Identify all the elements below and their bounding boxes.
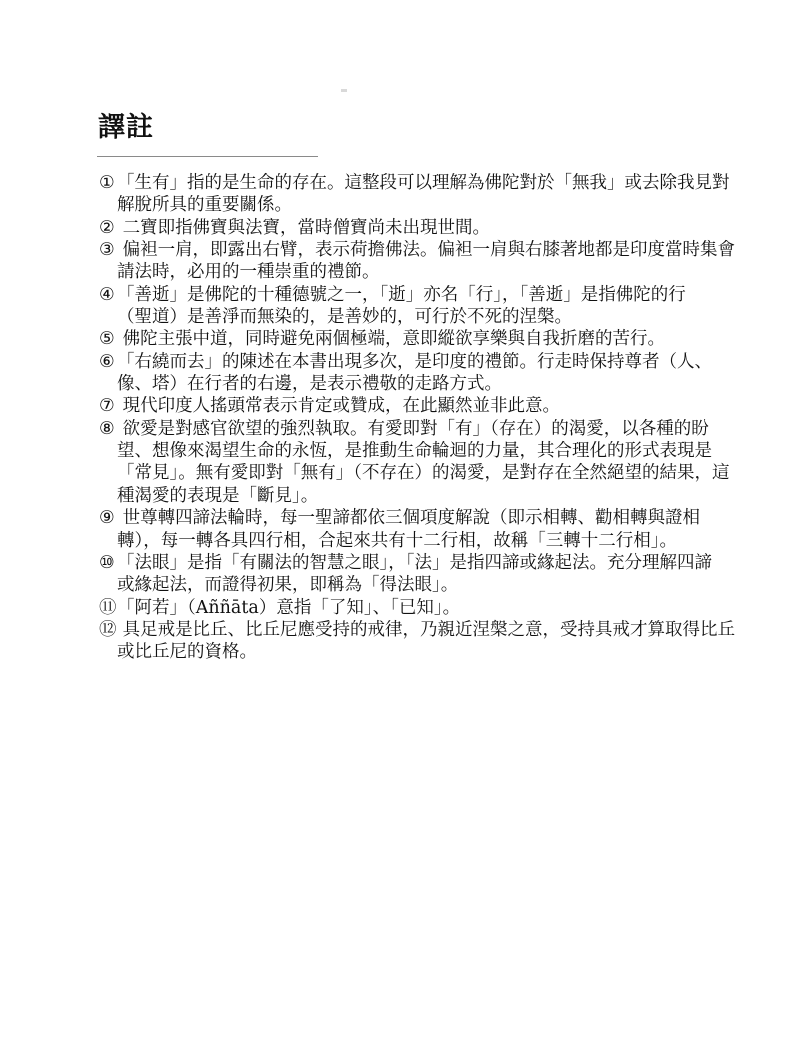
note-body: 欲愛是對感官欲望的強烈執取。有愛即對「有」（存在）的渴愛，以各種的盼 望、想像來… (117, 418, 739, 507)
note-number: ③ (99, 239, 117, 261)
note-item-5: ⑤ 佛陀主張中道，同時避免兩個極端，意即縱欲享樂與自我折磨的苦行。 (99, 328, 739, 350)
note-number: ⑨ (99, 507, 117, 529)
document-page: 譯註 ① 「生有」指的是生命的存在。這整段可以理解為佛陀對於「無我」或去除我見對… (0, 0, 792, 1056)
note-line: 「善逝」是佛陀的十種德號之一，「逝」亦名「行」，「善逝」是指佛陀的行 (117, 284, 739, 306)
note-body: 偏袒一肩，即露出右臂，表示荷擔佛法。偏袒一肩與右膝著地都是印度當時集會 請法時，… (117, 239, 739, 284)
note-body: 佛陀主張中道，同時避免兩個極端，意即縱欲享樂與自我折磨的苦行。 (117, 328, 739, 350)
note-item-8: ⑧ 欲愛是對感官欲望的強烈執取。有愛即對「有」（存在）的渴愛，以各種的盼 望、想… (99, 418, 739, 507)
note-number: ⑩ (99, 552, 117, 574)
note-body: 二寶即指佛寶與法寶，當時僧寶尚未出現世間。 (117, 217, 739, 239)
note-number: ⑪ (99, 597, 117, 619)
note-line: 望、想像來渴望生命的永恆，是推動生命輪迴的力量，其合理化的形式表現是 (117, 440, 739, 462)
note-item-2: ② 二寶即指佛寶與法寶，當時僧寶尚未出現世間。 (99, 217, 739, 239)
note-line: 「法眼」是指「有關法的智慧之眼」，「法」是指四諦或緣起法。充分理解四諦 (117, 552, 739, 574)
note-line: 「右繞而去」的陳述在本書出現多次，是印度的禮節。行走時保持尊者（人、 (117, 351, 739, 373)
note-line: 「生有」指的是生命的存在。這整段可以理解為佛陀對於「無我」或去除我見對 (117, 172, 739, 194)
note-item-12: ⑫ 具足戒是比丘、比丘尼應受持的戒律，乃親近涅槃之意，受持具戒才算取得比丘 或比… (99, 619, 739, 664)
note-item-10: ⑩ 「法眼」是指「有關法的智慧之眼」，「法」是指四諦或緣起法。充分理解四諦 或緣… (99, 552, 739, 597)
note-line: （聖道）是善淨而無染的，是善妙的，可行於不死的涅槃。 (117, 306, 739, 328)
note-body: 具足戒是比丘、比丘尼應受持的戒律，乃親近涅槃之意，受持具戒才算取得比丘 或比丘尼… (117, 619, 739, 664)
note-line: 佛陀主張中道，同時避免兩個極端，意即縱欲享樂與自我折磨的苦行。 (117, 328, 739, 350)
note-number: ⑦ (99, 395, 117, 417)
scan-artifact (341, 89, 347, 92)
note-number: ④ (99, 284, 117, 306)
note-line: 種渴愛的表現是「斷見」。 (117, 485, 739, 507)
note-number: ⑧ (99, 418, 117, 440)
note-line: 解脫所具的重要關係。 (117, 194, 739, 216)
note-line: 請法時，必用的一種崇重的禮節。 (117, 261, 739, 283)
page-title: 譯註 (98, 112, 154, 144)
note-item-3: ③ 偏袒一肩，即露出右臂，表示荷擔佛法。偏袒一肩與右膝著地都是印度當時集會 請法… (99, 239, 739, 284)
note-body: 「法眼」是指「有關法的智慧之眼」，「法」是指四諦或緣起法。充分理解四諦 或緣起法… (117, 552, 739, 597)
note-item-6: ⑥ 「右繞而去」的陳述在本書出現多次，是印度的禮節。行走時保持尊者（人、 像、塔… (99, 351, 739, 396)
note-body: 「右繞而去」的陳述在本書出現多次，是印度的禮節。行走時保持尊者（人、 像、塔）在… (117, 351, 739, 396)
note-number: ② (99, 217, 117, 239)
note-line: 偏袒一肩，即露出右臂，表示荷擔佛法。偏袒一肩與右膝著地都是印度當時集會 (117, 239, 739, 261)
note-line: 世尊轉四諦法輪時，每一聖諦都依三個項度解說（即示相轉、勸相轉與證相 (117, 507, 739, 529)
note-item-9: ⑨ 世尊轉四諦法輪時，每一聖諦都依三個項度解說（即示相轉、勸相轉與證相 轉），每… (99, 507, 739, 552)
note-line: 二寶即指佛寶與法寶，當時僧寶尚未出現世間。 (117, 217, 739, 239)
note-line: 「阿若」（Aññāta）意指「了知」、「已知」。 (117, 597, 739, 619)
note-number: ① (99, 172, 117, 194)
note-line: 欲愛是對感官欲望的強烈執取。有愛即對「有」（存在）的渴愛，以各種的盼 (117, 418, 739, 440)
note-body: 「阿若」（Aññāta）意指「了知」、「已知」。 (117, 597, 739, 619)
note-number: ⑥ (99, 351, 117, 373)
title-divider (97, 156, 318, 157)
note-line: 或緣起法，而證得初果，即稱為「得法眼」。 (117, 574, 739, 596)
note-number: ⑫ (99, 619, 117, 641)
note-item-1: ① 「生有」指的是生命的存在。這整段可以理解為佛陀對於「無我」或去除我見對 解脫… (99, 172, 739, 217)
note-item-4: ④ 「善逝」是佛陀的十種德號之一，「逝」亦名「行」，「善逝」是指佛陀的行 （聖道… (99, 284, 739, 329)
note-line: 「常見」。無有愛即對「無有」（不存在）的渴愛，是對存在全然絕望的結果，這 (117, 462, 739, 484)
note-number: ⑤ (99, 328, 117, 350)
note-line: 像、塔）在行者的右邊，是表示禮敬的走路方式。 (117, 373, 739, 395)
note-body: 「生有」指的是生命的存在。這整段可以理解為佛陀對於「無我」或去除我見對 解脫所具… (117, 172, 739, 217)
note-body: 世尊轉四諦法輪時，每一聖諦都依三個項度解說（即示相轉、勸相轉與證相 轉），每一轉… (117, 507, 739, 552)
note-body: 「善逝」是佛陀的十種德號之一，「逝」亦名「行」，「善逝」是指佛陀的行 （聖道）是… (117, 284, 739, 329)
note-line: 現代印度人搖頭常表示肯定或贊成，在此顯然並非此意。 (117, 395, 739, 417)
note-line: 具足戒是比丘、比丘尼應受持的戒律，乃親近涅槃之意，受持具戒才算取得比丘 (117, 619, 739, 641)
note-line: 或比丘尼的資格。 (117, 641, 739, 663)
note-item-11: ⑪ 「阿若」（Aññāta）意指「了知」、「已知」。 (99, 597, 739, 619)
notes-list: ① 「生有」指的是生命的存在。這整段可以理解為佛陀對於「無我」或去除我見對 解脫… (99, 172, 739, 664)
note-item-7: ⑦ 現代印度人搖頭常表示肯定或贊成，在此顯然並非此意。 (99, 395, 739, 417)
note-line: 轉），每一轉各具四行相，合起來共有十二行相，故稱「三轉十二行相」。 (117, 530, 739, 552)
note-body: 現代印度人搖頭常表示肯定或贊成，在此顯然並非此意。 (117, 395, 739, 417)
